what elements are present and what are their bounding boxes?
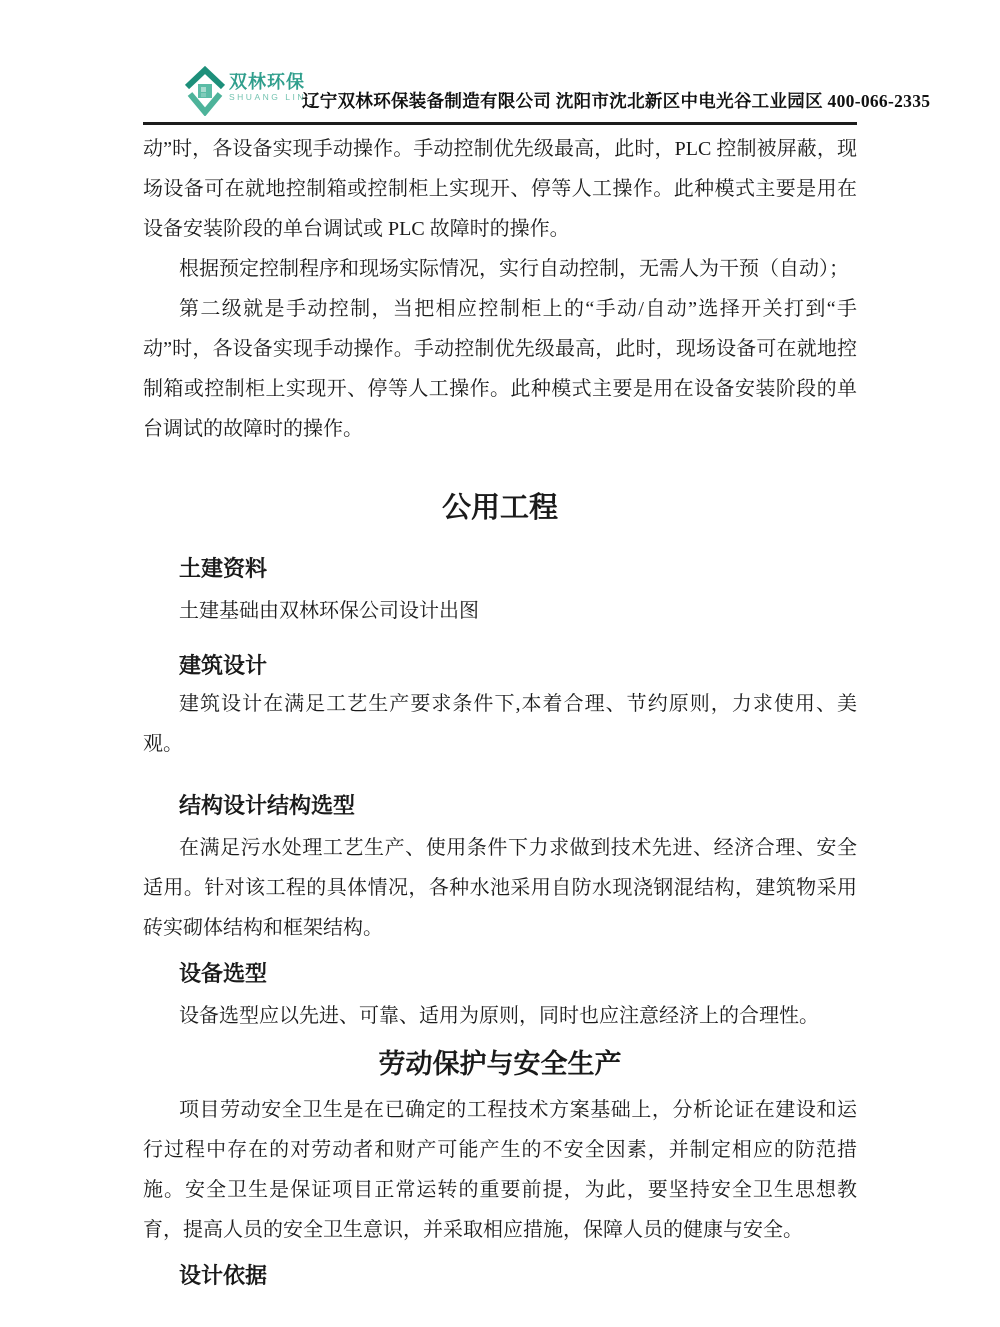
paragraph-labor-safety: 项目劳动安全卫生是在已确定的工程技术方案基础上，分析论证在建设和运行过程中存在的… [143,1090,857,1250]
paragraph-manual-mode-continuation: 动”时，各设备实现手动操作。手动控制优先级最高，此时，PLC 控制被屏蔽，现场设… [143,129,857,249]
page-header: 双林环保 SHUANG LIN 辽宁双林环保装备制造有限公司 沈阳市沈北新区中电… [143,0,857,125]
document-body: 动”时，各设备实现手动操作。手动控制优先级最高，此时，PLC 控制被屏蔽，现场设… [0,129,1000,1288]
section-title-labor-safety: 劳动保护与安全生产 [143,1049,857,1079]
logo-chinese-name: 双林环保 [229,73,306,92]
section-title-public-works: 公用工程 [143,493,857,523]
paragraph-structural-design: 在满足污水处理工艺生产、使用条件下力求做到技术先进、经济合理、安全适用。针对该工… [143,828,857,948]
paragraph-manual-control: 第二级就是手动控制，当把相应控制柜上的“手动/自动”选择开关打到“手动”时，各设… [143,289,857,449]
document-page: 双林环保 SHUANG LIN 辽宁双林环保装备制造有限公司 沈阳市沈北新区中电… [0,0,1000,1327]
paragraph-civil-data: 土建基础由双林环保公司设计出图 [143,591,857,631]
logo-english-name: SHUANG LIN [229,92,306,103]
paragraph-auto-control: 根据预定控制程序和现场实际情况，实行自动控制，无需人为干预（自动）； [143,249,857,289]
subheading-architectural-design: 建筑设计 [179,654,857,678]
subheading-equipment-selection: 设备选型 [179,962,857,986]
subheading-structural-design: 结构设计结构选型 [179,794,857,818]
logo-text: 双林环保 SHUANG LIN [229,66,306,103]
paragraph-architectural-design: 建筑设计在满足工艺生产要求条件下,本着合理、节约原则，力求使用、美观。 [143,684,857,764]
company-logo: 双林环保 SHUANG LIN [183,66,306,116]
subheading-civil-data: 土建资料 [179,557,857,581]
paragraph-equipment-selection: 设备选型应以先进、可靠、适用为原则，同时也应注意经济上的合理性。 [143,996,857,1036]
company-address-line: 辽宁双林环保装备制造有限公司 沈阳市沈北新区中电光谷工业园区 400-066-2… [302,88,930,113]
subheading-design-basis: 设计依据 [179,1264,857,1288]
logo-diamond-icon [183,66,227,116]
